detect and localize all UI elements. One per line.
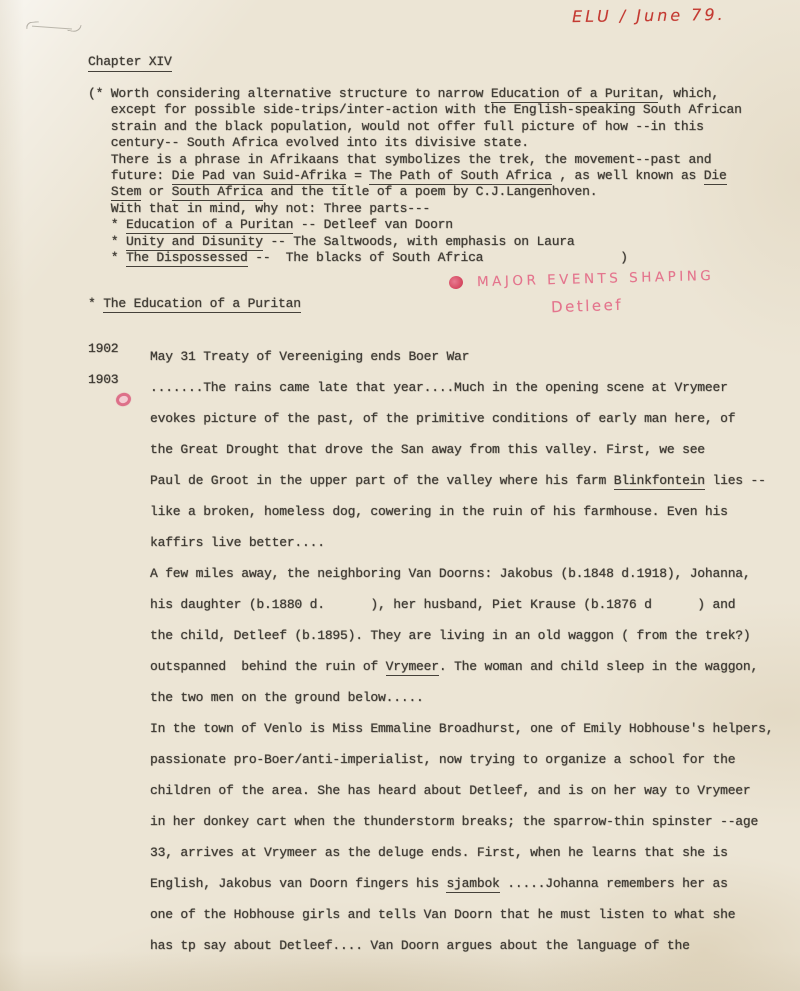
section-heading-prefix: * bbox=[88, 296, 103, 311]
typed-line: like a broken, homeless dog, cowering in… bbox=[150, 496, 773, 527]
section-heading-title: The Education of a Puritan bbox=[103, 296, 301, 313]
typed-line: * Unity and Disunity -- The Saltwoods, w… bbox=[88, 234, 742, 250]
typed-line: his daughter (b.1880 d. ), her husband, … bbox=[150, 589, 773, 620]
manuscript-page: ELU / June 79. Chapter XIV (* Worth cons… bbox=[0, 0, 800, 991]
pink-circle-annotation bbox=[114, 391, 132, 408]
timeline-entry-1903: .......The rains came late that year....… bbox=[150, 372, 773, 961]
handwritten-margin-note-line2: Detleef bbox=[551, 296, 624, 317]
typed-line: * Education of a Puritan -- Detleef van … bbox=[88, 217, 742, 233]
typed-line: one of the Hobhouse girls and tells Van … bbox=[150, 899, 773, 930]
typed-line: * The Dispossessed -- The blacks of Sout… bbox=[88, 250, 742, 266]
typed-line: century-- South Africa evolved into its … bbox=[88, 135, 742, 151]
typed-line: In the town of Venlo is Miss Emmaline Br… bbox=[150, 713, 773, 744]
typed-line: evokes picture of the past, of the primi… bbox=[150, 403, 773, 434]
typed-line: There is a phrase in Afrikaans that symb… bbox=[88, 152, 742, 168]
typed-line: strain and the black population, would n… bbox=[88, 119, 742, 135]
typed-line: passionate pro-Boer/anti-imperialist, no… bbox=[150, 744, 773, 775]
typed-line: the Great Drought that drove the San awa… bbox=[150, 434, 773, 465]
red-dot-annotation bbox=[448, 275, 464, 290]
handwritten-margin-note-line1: MAJOR EVENTS SHAPING bbox=[477, 268, 715, 290]
staple-mark-end bbox=[67, 23, 81, 33]
timeline-entry-1902: May 31 Treaty of Vereeniging ends Boer W… bbox=[150, 341, 469, 372]
typed-line: kaffirs live better.... bbox=[150, 527, 773, 558]
timeline-year-1903: 1903 bbox=[88, 372, 118, 387]
typed-line: 33, arrives at Vrymeer as the deluge end… bbox=[150, 837, 773, 868]
typed-line: May 31 Treaty of Vereeniging ends Boer W… bbox=[150, 341, 469, 372]
typed-line: the child, Detleef (b.1895). They are li… bbox=[150, 620, 773, 651]
typed-line: With that in mind, why not: Three parts-… bbox=[88, 201, 742, 217]
typed-line: future: Die Pad van Suid-Afrika = The Pa… bbox=[88, 168, 742, 184]
typed-line: in her donkey cart when the thunderstorm… bbox=[150, 806, 773, 837]
typed-line: outspanned behind the ruin of Vrymeer. T… bbox=[150, 651, 773, 682]
timeline-year-1902: 1902 bbox=[88, 341, 118, 356]
typed-line: has tp say about Detleef.... Van Doorn a… bbox=[150, 930, 773, 961]
typed-line: the two men on the ground below..... bbox=[150, 682, 773, 713]
typed-line: Paul de Groot in the upper part of the v… bbox=[150, 465, 773, 496]
typed-line: (* Worth considering alternative structu… bbox=[88, 86, 742, 102]
typed-line: .......The rains came late that year....… bbox=[150, 372, 773, 403]
chapter-heading: Chapter XIV bbox=[88, 54, 172, 72]
typed-line: English, Jakobus van Doorn fingers his s… bbox=[150, 868, 773, 899]
typed-line: children of the area. She has heard abou… bbox=[150, 775, 773, 806]
section-heading: * The Education of a Puritan bbox=[88, 296, 301, 311]
typed-line: A few miles away, the neighboring Van Do… bbox=[150, 558, 773, 589]
typed-line: Stem or South Africa and the title of a … bbox=[88, 184, 742, 200]
intro-note-block: (* Worth considering alternative structu… bbox=[88, 86, 742, 266]
typed-line: except for possible side-trips/inter-act… bbox=[88, 102, 742, 118]
staple-mark bbox=[26, 20, 77, 33]
handwritten-date-annotation: ELU / June 79. bbox=[572, 5, 726, 26]
